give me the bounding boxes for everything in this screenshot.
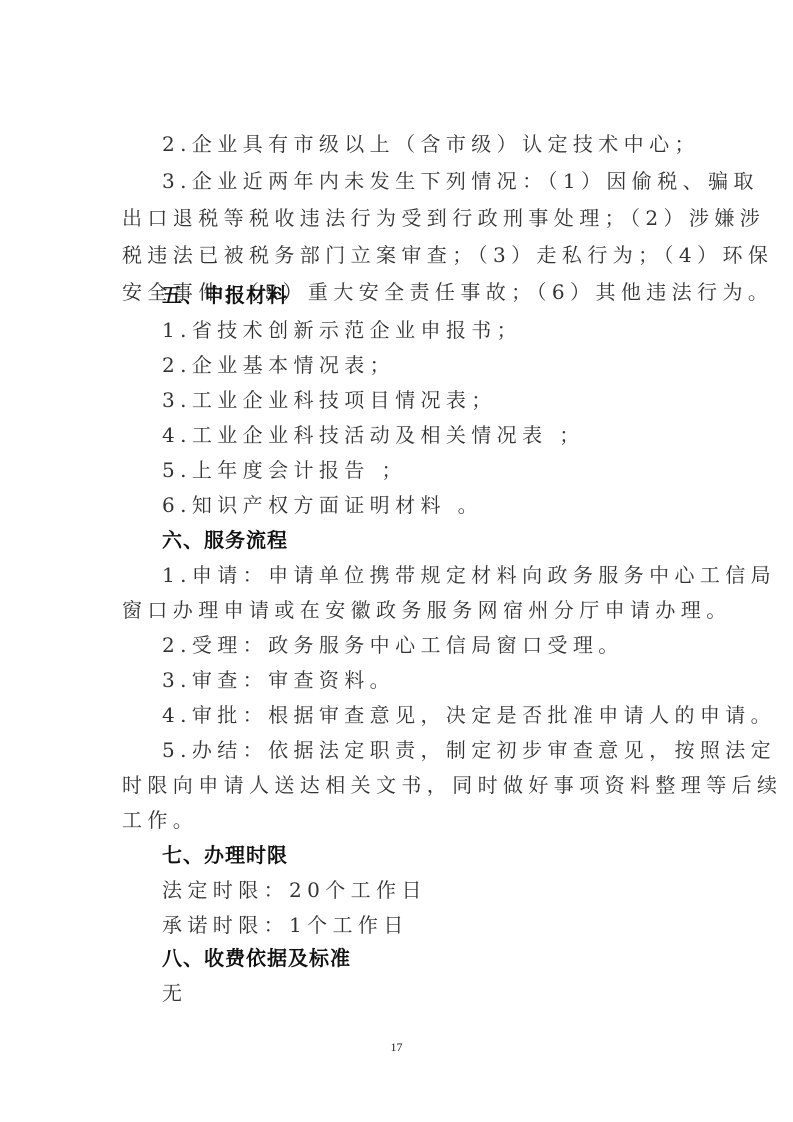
criterion-3-cont: 税违法已被税务部门立案审查；（3）走私行为；（4）环保	[122, 243, 672, 267]
material-item: 5.上年度会计报告 ；	[122, 458, 712, 482]
section-heading-fees: 八、收费依据及标准	[122, 946, 712, 970]
process-step-cont: 工作。	[122, 808, 672, 832]
material-item: 3.工业企业科技项目情况表；	[122, 388, 712, 412]
process-step-cont: 时限向申请人送达相关文书，同时做好事项资料整理等后续	[122, 773, 672, 797]
process-step: 1.申请：申请单位携带规定材料向政务服务中心工信局	[122, 563, 712, 587]
process-step-cont: 窗口办理申请或在安徽政务服务网宿州分厅申请办理。	[122, 598, 672, 622]
section-heading-process: 六、服务流程	[122, 528, 712, 552]
section-heading-materials: 五、申报材料	[122, 283, 712, 307]
process-step: 5.办结：依据法定职责，制定初步审查意见，按照法定	[122, 738, 712, 762]
criterion-2: 2.企业具有市级以上（含市级）认定技术中心；	[122, 132, 712, 156]
fees-value: 无	[122, 981, 712, 1005]
time-limit-promised: 承诺时限：1个工作日	[122, 913, 712, 937]
page-number: 17	[0, 1040, 793, 1055]
criterion-3-cont: 出口退税等税收违法行为受到行政刑事处理；（2）涉嫌涉	[122, 206, 672, 230]
criterion-3: 3.企业近两年内未发生下列情况：（1）因偷税、骗取	[122, 169, 712, 193]
process-step: 4.审批：根据审查意见，决定是否批准申请人的申请。	[122, 703, 712, 727]
section-heading-time-limit: 七、办理时限	[122, 843, 712, 867]
material-item: 2.企业基本情况表；	[122, 353, 712, 377]
material-item: 1.省技术创新示范企业申报书；	[122, 318, 712, 342]
process-step: 3.审查：审查资料。	[122, 668, 712, 692]
material-item: 4.工业企业科技活动及相关情况表 ；	[122, 423, 712, 447]
material-item: 6.知识产权方面证明材料 。	[122, 493, 712, 517]
process-step: 2.受理：政务服务中心工信局窗口受理。	[122, 633, 712, 657]
time-limit-legal: 法定时限：20个工作日	[122, 878, 712, 902]
